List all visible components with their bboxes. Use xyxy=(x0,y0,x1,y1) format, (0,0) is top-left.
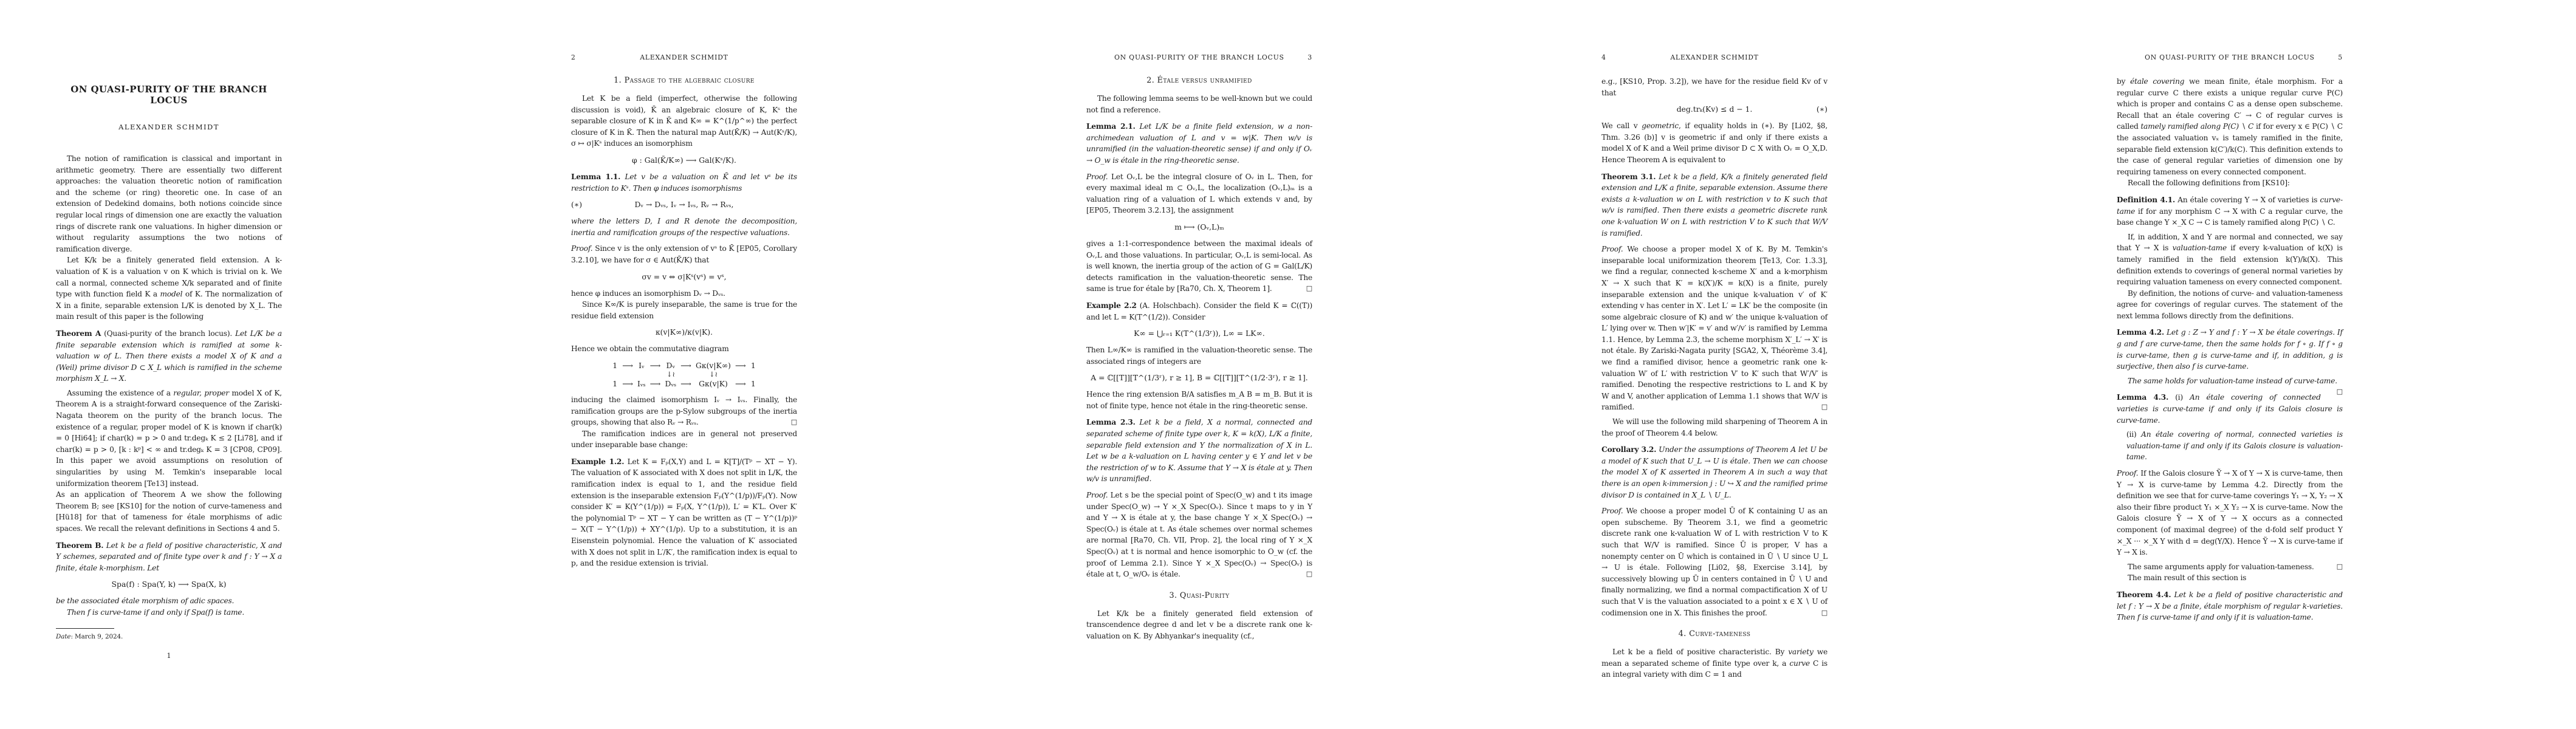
proof-block: Proof. Let Oᵥ,L be the integral closure … xyxy=(1086,171,1312,216)
text-run: curve xyxy=(1789,659,1810,668)
text-run: Proof. xyxy=(1086,491,1108,499)
text-run: if for any morphism C → X with C a regul… xyxy=(2117,207,2343,227)
text-run: Theorem B. xyxy=(56,541,103,550)
theorem-block: Lemma 2.1. Let L/K be a finite field ext… xyxy=(1086,121,1312,166)
text-run: Then f is curve-tame if and only if Spa(… xyxy=(67,608,244,617)
text-run: Hence the ring extension B/A satisfies m… xyxy=(1086,390,1312,410)
page-4: 4ALEXANDER SCHMIDTe.g., [KS10, Prop. 3.2… xyxy=(1546,0,2061,729)
diagram-cell: Iᵥₛ xyxy=(637,379,646,388)
paragraph: Let K/k be a finitely generated field ex… xyxy=(56,255,282,323)
running-title: ALEXANDER SCHMIDT xyxy=(1617,53,1812,61)
text-run: Lemma 2.3. xyxy=(1086,418,1136,426)
text-run: e.g., [KS10, Prop. 3.2]), we have for th… xyxy=(1601,77,1828,97)
text-run: We will use the following mild sharpenin… xyxy=(1601,417,1828,437)
display-equation: K∞ = ⋃ᵣ₌₁ K(T^(1/3ʳ)), L∞ = LK∞. xyxy=(1086,328,1312,339)
text-run: The notion of ramification is classical … xyxy=(56,154,282,253)
text-run: Let k be a field, X a normal, connected … xyxy=(1086,418,1312,483)
diagram-cell: ⟶ xyxy=(650,361,661,370)
running-title: ALEXANDER SCHMIDT xyxy=(587,53,781,61)
text-run: geometric xyxy=(1642,122,1679,130)
running-title: ON QUASI-PURITY OF THE BRANCH LOCUS xyxy=(2132,53,2327,61)
page-2: 2ALEXANDER SCHMIDT1. Passage to the alge… xyxy=(515,0,1030,729)
diagram-cell: ⟶ xyxy=(680,361,691,370)
author-name: ALEXANDER SCHMIDT xyxy=(56,123,282,131)
paragraph: If, in addition, X and Y are normal and … xyxy=(2117,231,2343,288)
section-heading: 1. Passage to the algebraic closure xyxy=(571,76,797,85)
text-run: Since v is the only extension of vˢ to K… xyxy=(571,244,797,264)
theorem-block: Lemma 1.1. Let v be a valuation on K̄ an… xyxy=(571,171,797,194)
text-run: Proof. xyxy=(1601,245,1623,253)
paragraph: The notion of ramification is classical … xyxy=(56,153,282,255)
paragraph: We call v geometric, if equality holds i… xyxy=(1601,120,1828,165)
page-number-right: 3 xyxy=(1297,53,1312,61)
paragraph: Let K/k be a finitely generated field ex… xyxy=(1086,608,1312,642)
equation-text: Spa(f) : Spa(Y, k) ⟶ Spa(X, k) xyxy=(112,580,227,589)
page-1: ON QUASI-PURITY OF THE BRANCH LOCUSALEXA… xyxy=(0,0,515,729)
paragraph: The main result of this section is xyxy=(2117,572,2343,584)
paragraph: Let K be a field (imperfect, otherwise t… xyxy=(571,93,797,149)
equation-text: Dᵥ → Dᵥₛ, Iᵥ → Iᵥₛ, Rᵥ → Rᵥₛ, xyxy=(634,200,733,209)
equation-text: deg.trₖ(Kv) ≤ d − 1. xyxy=(1677,104,1753,114)
text-run: regular, proper xyxy=(173,389,229,397)
text-run: Definition 4.1. xyxy=(2117,196,2175,204)
list-item: (ii) An étale covering of normal, connec… xyxy=(2117,429,2343,463)
text-run: Lemma 4.2. xyxy=(2117,328,2164,337)
paragraph: gives a 1:1-correspondence between the m… xyxy=(1086,238,1312,295)
page-3: ON QUASI-PURITY OF THE BRANCH LOCUS32. É… xyxy=(1030,0,1546,729)
text-run: Date xyxy=(56,633,70,640)
footnote-rule xyxy=(56,628,114,629)
text-run: Recall the following definitions from [K… xyxy=(2128,179,2290,187)
diagram-cell: Dᵥ xyxy=(665,361,676,370)
paragraph: Hence we obtain the commutative diagram xyxy=(571,343,797,355)
display-equation: Spa(f) : Spa(Y, k) ⟶ Spa(X, k) xyxy=(56,579,282,590)
paragraph: where the letters D, I and R denote the … xyxy=(571,216,797,238)
text-column: ON QUASI-PURITY OF THE BRANCH LOCUS32. É… xyxy=(1086,0,1312,642)
diagram-cell: ⟶ xyxy=(622,379,633,388)
diagram-cell: ⟶ xyxy=(735,361,746,370)
qed-box: □ xyxy=(1306,569,1312,580)
text-run: Assuming the existence of a xyxy=(67,389,173,397)
vertical-iso-arrow: ↓≀ xyxy=(665,371,676,378)
text-column: 4ALEXANDER SCHMIDTe.g., [KS10, Prop. 3.2… xyxy=(1601,0,1828,680)
text-run: Let k be a field of positive characteris… xyxy=(1612,648,1788,656)
text-run: étale covering xyxy=(2130,77,2184,86)
equation-tag: (∗) xyxy=(1817,104,1828,115)
text-run: Example 2.2 xyxy=(1086,301,1137,310)
commutative-diagram: 1⟶Iᵥ⟶Dᵥ⟶Gκ(v|K∞)⟶1↓≀↓≀1⟶Iᵥₛ⟶Dᵥₛ⟶Gκ(v|K)⟶… xyxy=(571,361,797,388)
diagram-cell: ⟶ xyxy=(680,379,691,388)
text-run: (Quasi-purity of the branch locus). xyxy=(101,329,235,338)
text-run: Theorem 4.4. xyxy=(2117,590,2171,599)
theorem-block: Lemma 4.2. Let g : Z → Y and f : Y → X b… xyxy=(2117,327,2343,372)
qed-box: □ xyxy=(1306,283,1312,295)
theorem-block: Theorem A (Quasi-purity of the branch lo… xyxy=(56,328,282,385)
text-run: The same arguments apply for valuation-t… xyxy=(2128,563,2314,571)
diagram-cell: ⟶ xyxy=(622,361,633,370)
paragraph: Then L∞/K∞ is ramified in the valuation-… xyxy=(1086,344,1312,367)
text-run: Example 1.2. xyxy=(571,457,624,466)
section-heading: 2. Étale versus unramified xyxy=(1086,76,1312,85)
text-run: Let K = Fₚ(X,Y) and L = K[T]/(Tᵖ − XT − … xyxy=(571,457,797,567)
display-equation: m ⟼ (Oᵥ,L)ₘ xyxy=(1086,222,1312,233)
qed-box: □ xyxy=(2326,561,2343,573)
display-equation: φ : Gal(K̄/K∞) ⟶ Gal(Kˢ/K). xyxy=(571,155,797,166)
theorem-block: Theorem 3.1. Let k be a field, K/k a fin… xyxy=(1601,171,1828,239)
paragraph: Since K∞/K is purely inseparable, the sa… xyxy=(571,299,797,321)
running-title: ON QUASI-PURITY OF THE BRANCH LOCUS xyxy=(1102,53,1297,61)
paragraph: hence φ induces an isomorphism Dᵥ → Dᵥₛ. xyxy=(571,288,797,299)
text-column: ON QUASI-PURITY OF THE BRANCH LOCUSALEXA… xyxy=(56,0,282,660)
display-equation: κ(v|K∞)/κ(v|K). xyxy=(571,327,797,338)
paragraph: Let k be a field of positive characteris… xyxy=(1601,646,1828,680)
paragraph: The same arguments apply for valuation-t… xyxy=(2117,561,2343,573)
proof-block: Proof. We choose a proper model Ū of K c… xyxy=(1601,505,1828,618)
text-run: As an application of Theorem A we show t… xyxy=(56,490,282,533)
text-run: variety xyxy=(1788,648,1813,656)
text-run: by xyxy=(2117,77,2130,86)
running-header: 2ALEXANDER SCHMIDT xyxy=(571,53,797,61)
equation-text: K∞ = ⋃ᵣ₌₁ K(T^(1/3ʳ)), L∞ = LK∞. xyxy=(1134,329,1265,338)
text-run: Since K∞/K is purely inseparable, the sa… xyxy=(571,300,797,320)
paper-title: ON QUASI-PURITY OF THE BRANCH LOCUS xyxy=(56,84,282,106)
text-run: Proof. xyxy=(2117,469,2138,477)
paragraph: As an application of Theorem A we show t… xyxy=(56,489,282,534)
theorem-block: Lemma 4.3. (i) An étale covering of conn… xyxy=(2117,392,2343,426)
paragraph: by étale covering we mean finite, étale … xyxy=(2117,76,2343,177)
text-run: Proof. xyxy=(571,244,592,253)
theorem-block: Theorem 4.4. Let k be a field of positiv… xyxy=(2117,589,2343,623)
paragraph: Then f is curve-tame if and only if Spa(… xyxy=(56,607,282,618)
theorem-block: Theorem B. Let k be a field of positive … xyxy=(56,540,282,574)
display-equation: (∗)Dᵥ → Dᵥₛ, Iᵥ → Iᵥₛ, Rᵥ → Rᵥₛ, xyxy=(571,199,797,210)
text-run: Lemma 4.3. xyxy=(2117,393,2168,402)
text-run: (i) xyxy=(2168,393,2190,402)
paragraph: By definition, the notions of curve- and… xyxy=(2117,288,2343,322)
text-run: model xyxy=(160,290,183,298)
diagram-cell: ⟶ xyxy=(650,379,661,388)
text-run: Proof. xyxy=(1601,507,1623,515)
text-run: Lemma 1.1. xyxy=(571,173,620,181)
text-run: Let s be the special point of Spec(O_w) … xyxy=(1086,491,1312,578)
paragraph: Hence the ring extension B/A satisfies m… xyxy=(1086,389,1312,411)
text-run: The same holds for valuation-tame instea… xyxy=(2128,377,2337,385)
text-run: Let k be a field, K/k a finitely generat… xyxy=(1601,173,1828,238)
section-heading: 4. Curve-tameness xyxy=(1601,629,1828,638)
text-run: Let K be a field (imperfect, otherwise t… xyxy=(571,94,797,148)
display-equation: σv = v ⇔ σ|Kˢ(vˢ) = vˢ, xyxy=(571,272,797,282)
diagram-cell: ⟶ xyxy=(735,379,746,388)
running-header: 4ALEXANDER SCHMIDT xyxy=(1601,53,1828,61)
text-run: model X of K, Theorem A is a straight-fo… xyxy=(56,389,282,488)
text-run: where the letters D, I and R denote the … xyxy=(571,217,797,237)
document-canvas: arXiv:1807.07748v2 [math.AG] 27 Nov 2018… xyxy=(0,0,2576,729)
qed-box: □ xyxy=(791,417,797,428)
text-column: ON QUASI-PURITY OF THE BRANCH LOCUS5by é… xyxy=(2117,0,2343,623)
proof-block: Proof. Let s be the special point of Spe… xyxy=(1086,490,1312,580)
paragraph: The following lemma seems to be well-kno… xyxy=(1086,93,1312,115)
theorem-block: Corollary 3.2. Under the assumptions of … xyxy=(1601,444,1828,501)
text-run: The main result of this section is xyxy=(2128,573,2246,582)
text-run: Hence we obtain the commutative diagram xyxy=(571,344,729,353)
text-run: Then L∞/K∞ is ramified in the valuation-… xyxy=(1086,346,1312,366)
paragraph: Recall the following definitions from [K… xyxy=(2117,177,2343,189)
qed-box: □ xyxy=(1821,607,1828,619)
qed-box: □ xyxy=(1821,402,1828,413)
text-run: Let K/k be a finitely generated field ex… xyxy=(1086,609,1312,640)
text-run: Corollary 3.2. xyxy=(1601,445,1656,454)
running-header: ON QUASI-PURITY OF THE BRANCH LOCUS5 xyxy=(2117,53,2343,61)
definition-block: Definition 4.1. An étale covering Y → X … xyxy=(2117,194,2343,228)
proof-block: Proof. We choose a proper model X of K. … xyxy=(1601,244,1828,413)
text-run: Proof. xyxy=(1086,173,1108,181)
diagram-cell: Gκ(v|K∞) xyxy=(696,361,731,370)
equation-text: φ : Gal(K̄/K∞) ⟶ Gal(Kˢ/K). xyxy=(632,156,736,165)
equation-text: m ⟼ (Oᵥ,L)ₘ xyxy=(1174,222,1224,231)
paragraph: The same holds for valuation-tame instea… xyxy=(2117,375,2343,387)
paragraph: The ramification indices are in general … xyxy=(571,428,797,451)
example-block: Example 1.2. Let K = Fₚ(X,Y) and L = K[T… xyxy=(571,456,797,569)
text-run: The ramification indices are in general … xyxy=(571,430,797,450)
text-run: We call v xyxy=(1601,122,1642,130)
paragraph: inducing the claimed isomorphism Iᵥ → Iᵥ… xyxy=(571,394,797,428)
proof-block: Proof. If the Galois closure Ỹ → X of Y … xyxy=(2117,468,2343,558)
paragraph: e.g., [KS10, Prop. 3.2]), we have for th… xyxy=(1601,76,1828,98)
text-run: (ii) xyxy=(2126,430,2141,439)
paragraph: be the associated étale morphism of adic… xyxy=(56,595,282,607)
text-run: inducing the claimed isomorphism Iᵥ → Iᵥ… xyxy=(571,395,797,426)
display-equation: (∗)deg.trₖ(Kv) ≤ d − 1. xyxy=(1601,104,1828,115)
equation-tag: (∗) xyxy=(571,199,582,210)
page-number-left: 2 xyxy=(571,53,587,61)
equation-text: A = ℂ[[T]][T^(1/3ʳ), r ≥ 1], B = ℂ[[T]][… xyxy=(1091,373,1307,382)
diagram-cell: Dᵥₛ xyxy=(665,379,676,388)
page-number-bottom: 1 xyxy=(56,652,282,660)
equation-text: σv = v ⇔ σ|Kˢ(vˢ) = vˢ, xyxy=(642,272,726,281)
text-run: : March 9, 2024. xyxy=(70,633,123,640)
diagram-cell: 1 xyxy=(750,379,756,388)
text-run: By definition, the notions of curve- and… xyxy=(2117,289,2343,320)
text-run: If the Galois closure Ỹ → X of Y → X is … xyxy=(2117,469,2343,556)
text-run: gives a 1:1-correspondence between the m… xyxy=(1086,239,1312,293)
diagram-cell: Iᵥ xyxy=(637,361,646,370)
section-heading: 3. Quasi-Purity xyxy=(1086,591,1312,600)
proof-block: Proof. Since v is the only extension of … xyxy=(571,243,797,265)
text-run: be the associated étale morphism of adic… xyxy=(56,597,234,605)
diagram-cell: 1 xyxy=(612,379,618,388)
page-5: ON QUASI-PURITY OF THE BRANCH LOCUS5by é… xyxy=(2061,0,2576,729)
equation-text: κ(v|K∞)/κ(v|K). xyxy=(656,327,713,337)
text-run: valuation-tame xyxy=(2173,244,2227,252)
text-run: tamely ramified along P(C) ∖ C xyxy=(2140,122,2253,131)
qed-box: □ xyxy=(2326,386,2343,398)
diagram-cell: Gκ(v|K) xyxy=(696,379,731,388)
diagram-cell: 1 xyxy=(750,361,756,370)
text-run: Theorem A xyxy=(56,329,101,338)
footnote-date: Date: March 9, 2024. xyxy=(56,631,282,643)
text-run: Theorem 3.1. xyxy=(1601,173,1656,181)
paragraph: We will use the following mild sharpenin… xyxy=(1601,416,1828,439)
display-equation: A = ℂ[[T]][T^(1/3ʳ), r ≥ 1], B = ℂ[[T]][… xyxy=(1086,372,1312,383)
text-run: An étale covering of normal, connected v… xyxy=(2126,430,2343,461)
text-run: We choose a proper model Ū of K containi… xyxy=(1601,507,1828,617)
text-run: hence φ induces an isomorphism Dᵥ → Dᵥₛ. xyxy=(571,289,725,298)
vertical-iso-arrow: ↓≀ xyxy=(696,371,731,378)
paragraph: Assuming the existence of a regular, pro… xyxy=(56,388,282,489)
text-column: 2ALEXANDER SCHMIDT1. Passage to the alge… xyxy=(571,0,797,569)
text-run: We choose a proper model X of K. By M. T… xyxy=(1601,245,1828,411)
running-header: ON QUASI-PURITY OF THE BRANCH LOCUS3 xyxy=(1086,53,1312,61)
text-run: The following lemma seems to be well-kno… xyxy=(1086,94,1312,114)
text-run: An étale covering Y → X of varieties is xyxy=(2175,196,2320,204)
page-number-right: 5 xyxy=(2327,53,2343,61)
text-run: Lemma 2.1. xyxy=(1086,122,1136,131)
theorem-block: Lemma 2.3. Let k be a field, X a normal,… xyxy=(1086,417,1312,485)
diagram-cell: 1 xyxy=(612,361,618,370)
page-number-left: 4 xyxy=(1601,53,1617,61)
text-run: Let Oᵥ,L be the integral closure of Oᵥ i… xyxy=(1086,173,1312,215)
example-block: Example 2.2 (A. Holschbach). Consider th… xyxy=(1086,300,1312,323)
